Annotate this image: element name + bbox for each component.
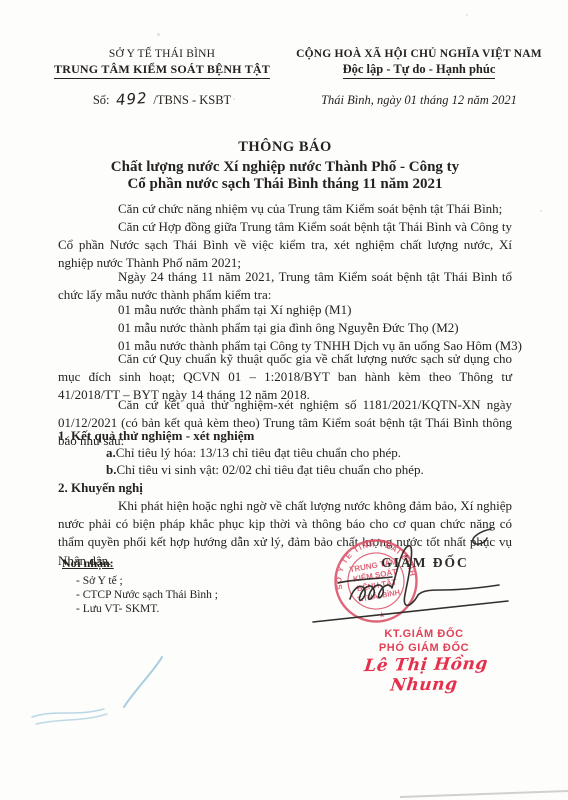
- recipients-label: Nơi nhận:: [62, 556, 218, 571]
- national-motto-line1: CỘNG HOÀ XÃ HỘI CHỦ NGHĨA VIỆT NAM: [288, 48, 550, 60]
- section1-heading: 1. Kết quả thử nghiệm - xét nghiệm: [58, 428, 512, 444]
- document-title-block: THÔNG BÁO Chất lượng nước Xí nghiệp nước…: [40, 139, 530, 193]
- sample-item-m1: 01 mẫu nước thành phẩm tại Xí nghiệp (M1…: [118, 301, 568, 319]
- pen-check-mark: [463, 523, 499, 551]
- result-item-b-label: b.: [106, 462, 116, 477]
- result-item-a-text: Chỉ tiêu lý hóa: 13/13 chỉ tiêu đạt tiêu…: [116, 445, 401, 460]
- scan-speck: [466, 14, 468, 16]
- scan-artifact-line: [0, 780, 568, 800]
- header-left-block: SỞ Y TẾ THÁI BÌNH TRUNG TÂM KIỂM SOÁT BỆ…: [36, 48, 288, 108]
- scan-speck: [233, 98, 235, 100]
- issuing-org-wrap: TRUNG TÂM KIỂM SOÁT BỆNH TẬT: [36, 60, 288, 79]
- recipients-list: - Sở Y tế ; - CTCP Nước sạch Thái Bình ;…: [62, 574, 218, 617]
- recipient-luu: - Lưu VT- SKMT.: [76, 602, 218, 616]
- scan-speck: [540, 210, 542, 212]
- document-number-suffix: /TBNS - KSBT: [153, 93, 231, 107]
- sample-list: 01 mẫu nước thành phẩm tại Xí nghiệp (M1…: [118, 301, 568, 356]
- paragraph-basis-1: Căn cứ chức năng nhiệm vụ của Trung tâm …: [58, 200, 512, 218]
- blue-pen-marks: [12, 645, 192, 745]
- sample-item-m2: 01 mẫu nước thành phẩm tại gia đình ông …: [118, 319, 568, 337]
- document-subject-line2: Cổ phần nước sạch Thái Bình tháng 11 năm…: [40, 176, 530, 193]
- document-subject-line1: Chất lượng nước Xí nghiệp nước Thành Phố…: [40, 159, 530, 176]
- issuing-organization: TRUNG TÂM KIỂM SOÁT BỆNH TẬT: [54, 62, 270, 79]
- national-motto-line2: Độc lập - Tự do - Hạnh phúc: [343, 62, 496, 79]
- recipient-ctcp: - CTCP Nước sạch Thái Bình ;: [76, 588, 218, 602]
- result-item-b: b.Chỉ tiêu vi sinh vật: 02/02 chỉ tiêu đ…: [58, 462, 560, 478]
- issuing-department: SỞ Y TẾ THÁI BÌNH: [36, 48, 288, 60]
- paragraph-sampling: Ngày 24 tháng 11 năm 2021, Trung tâm Kiể…: [58, 268, 512, 304]
- header-right-block: CỘNG HOÀ XÃ HỘI CHỦ NGHĨA VIỆT NAM Độc l…: [288, 48, 550, 108]
- signer-name: Lê Thị Hồng Nhung: [338, 654, 513, 697]
- recipient-so-y-te: - Sở Y tế ;: [76, 574, 218, 588]
- kt-director-label: KT.GIÁM ĐỐC: [354, 628, 494, 640]
- section2-heading: 2. Khuyến nghị: [58, 480, 512, 496]
- result-item-a-label: a.: [106, 445, 116, 460]
- document-type-title: THÔNG BÁO: [40, 139, 530, 156]
- recipients-block: Nơi nhận: - Sở Y tế ; - CTCP Nước sạch T…: [62, 556, 218, 617]
- paragraph-basis-2: Căn cứ Hợp đồng giữa Trung tâm Kiểm soát…: [58, 218, 512, 273]
- document-number-handwritten: 492: [115, 89, 148, 109]
- scan-speck: [157, 33, 160, 36]
- national-motto-wrap: Độc lập - Tự do - Hạnh phúc: [288, 60, 550, 79]
- result-item-a: a.Chỉ tiêu lý hóa: 13/13 chỉ tiêu đạt ti…: [58, 445, 560, 461]
- result-item-b-text: Chỉ tiêu vi sinh vật: 02/02 chỉ tiêu đạt…: [116, 462, 423, 477]
- scanned-document-page: SỞ Y TẾ THÁI BÌNH TRUNG TÂM KIỂM SOÁT BỆ…: [0, 0, 568, 800]
- deputy-director-label: PHÓ GIÁM ĐỐC: [354, 642, 494, 654]
- document-number-line: Số: 492 /TBNS - KSBT: [36, 90, 288, 108]
- document-number-prefix: Số:: [93, 93, 110, 107]
- place-date-line: Thái Bình, ngày 01 tháng 12 năm 2021: [288, 93, 550, 108]
